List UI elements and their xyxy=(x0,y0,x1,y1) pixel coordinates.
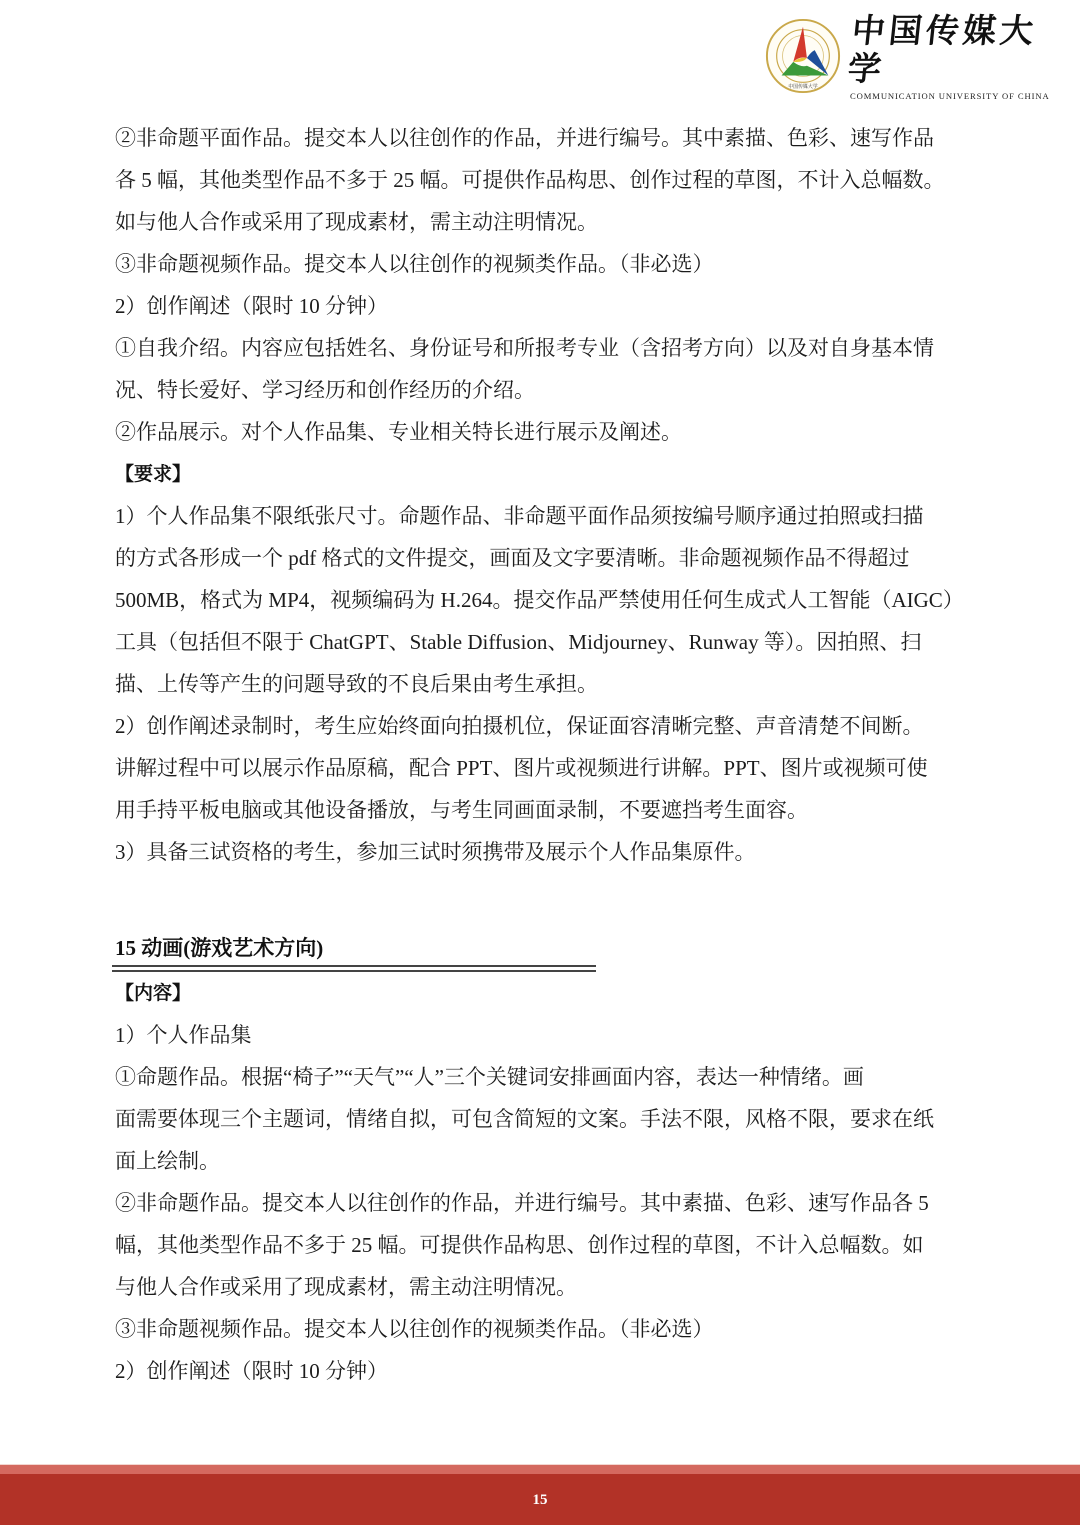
logo-chinese-name: 中国传媒大学 xyxy=(846,12,1058,88)
requirements-heading: 【要求】 xyxy=(115,453,975,495)
paragraph-line: ②非命题作品。提交本人以往创作的作品，并进行编号。其中素描、色彩、速写作品各 5 xyxy=(115,1182,975,1224)
footer-band: 15 xyxy=(0,1474,1080,1525)
requirement-line: 500MB，格式为 MP4，视频编码为 H.264。提交作品严禁使用任何生成式人… xyxy=(115,579,975,621)
logo-text: 中国传媒大学 COMMUNICATION UNIVERSITY OF CHINA xyxy=(850,12,1054,101)
paragraph-line: 况、特长爱好、学习经历和创作经历的介绍。 xyxy=(115,369,975,411)
section-animation-game-art: 【内容】 1）个人作品集 ①命题作品。根据“椅子”“天气”“人”三个关键词安排画… xyxy=(115,972,975,1392)
page-number: 15 xyxy=(533,1492,548,1509)
section-continued: ②非命题平面作品。提交本人以往创作的作品，并进行编号。其中素描、色彩、速写作品 … xyxy=(115,117,975,873)
requirement-line: 描、上传等产生的问题导致的不良后果由考生承担。 xyxy=(115,663,975,705)
university-emblem-icon: 中国传媒大学 xyxy=(764,17,842,95)
paragraph-line: 与他人合作或采用了现成素材，需主动注明情况。 xyxy=(115,1266,975,1308)
paragraph-line: ②非命题平面作品。提交本人以往创作的作品，并进行编号。其中素描、色彩、速写作品 xyxy=(115,117,975,159)
paragraph-line: 面上绘制。 xyxy=(115,1140,975,1182)
svg-text:中国传媒大学: 中国传媒大学 xyxy=(788,83,817,90)
university-logo: 中国传媒大学 中国传媒大学 COMMUNICATION UNIVERSITY O… xyxy=(764,14,1054,98)
paragraph-line: 1）个人作品集 xyxy=(115,1014,975,1056)
paragraph-line: ①自我介绍。内容应包括姓名、身份证号和所报考专业（含招考方向）以及对自身基本情 xyxy=(115,327,975,369)
paragraph-line: 幅，其他类型作品不多于 25 幅。可提供作品构思、创作过程的草图，不计入总幅数。… xyxy=(115,1224,975,1266)
section-title: 15 动画(游戏艺术方向) xyxy=(115,932,323,964)
paragraph-line: 各 5 幅，其他类型作品不多于 25 幅。可提供作品构思、创作过程的草图，不计入… xyxy=(115,159,975,201)
paragraph-line: 面需要体现三个主题词，情绪自拟，可包含简短的文案。手法不限，风格不限，要求在纸 xyxy=(115,1098,975,1140)
paragraph-line: ③非命题视频作品。提交本人以往创作的视频类作品。（非必选） xyxy=(115,1308,975,1350)
requirement-line: 用手持平板电脑或其他设备播放，与考生同画面录制，不要遮挡考生面容。 xyxy=(115,789,975,831)
requirement-line: 1）个人作品集不限纸张尺寸。命题作品、非命题平面作品须按编号顺序通过拍照或扫描 xyxy=(115,495,975,537)
section-title-divider xyxy=(112,965,596,972)
paragraph-line: 2）创作阐述（限时 10 分钟） xyxy=(115,1350,975,1392)
logo-english-name: COMMUNICATION UNIVERSITY OF CHINA xyxy=(850,91,1054,101)
paragraph-line: 2）创作阐述（限时 10 分钟） xyxy=(115,285,975,327)
content-heading: 【内容】 xyxy=(115,972,975,1014)
requirement-line: 3）具备三试资格的考生，参加三试时须携带及展示个人作品集原件。 xyxy=(115,831,975,873)
paragraph-line: ②作品展示。对个人作品集、专业相关特长进行展示及阐述。 xyxy=(115,411,975,453)
paragraph-line: ③非命题视频作品。提交本人以往创作的视频类作品。（非必选） xyxy=(115,243,975,285)
requirement-line: 讲解过程中可以展示作品原稿，配合 PPT、图片或视频进行讲解。PPT、图片或视频… xyxy=(115,747,975,789)
paragraph-line: ①命题作品。根据“椅子”“天气”“人”三个关键词安排画面内容，表达一种情绪。画 xyxy=(115,1056,975,1098)
paragraph-line: 如与他人合作或采用了现成素材，需主动注明情况。 xyxy=(115,201,975,243)
requirement-line: 工具（包括但不限于 ChatGPT、Stable Diffusion、Midjo… xyxy=(115,621,975,663)
requirement-line: 的方式各形成一个 pdf 格式的文件提交，画面及文字要清晰。非命题视频作品不得超… xyxy=(115,537,975,579)
requirement-line: 2）创作阐述录制时，考生应始终面向拍摄机位，保证面容清晰完整、声音清楚不间断。 xyxy=(115,705,975,747)
